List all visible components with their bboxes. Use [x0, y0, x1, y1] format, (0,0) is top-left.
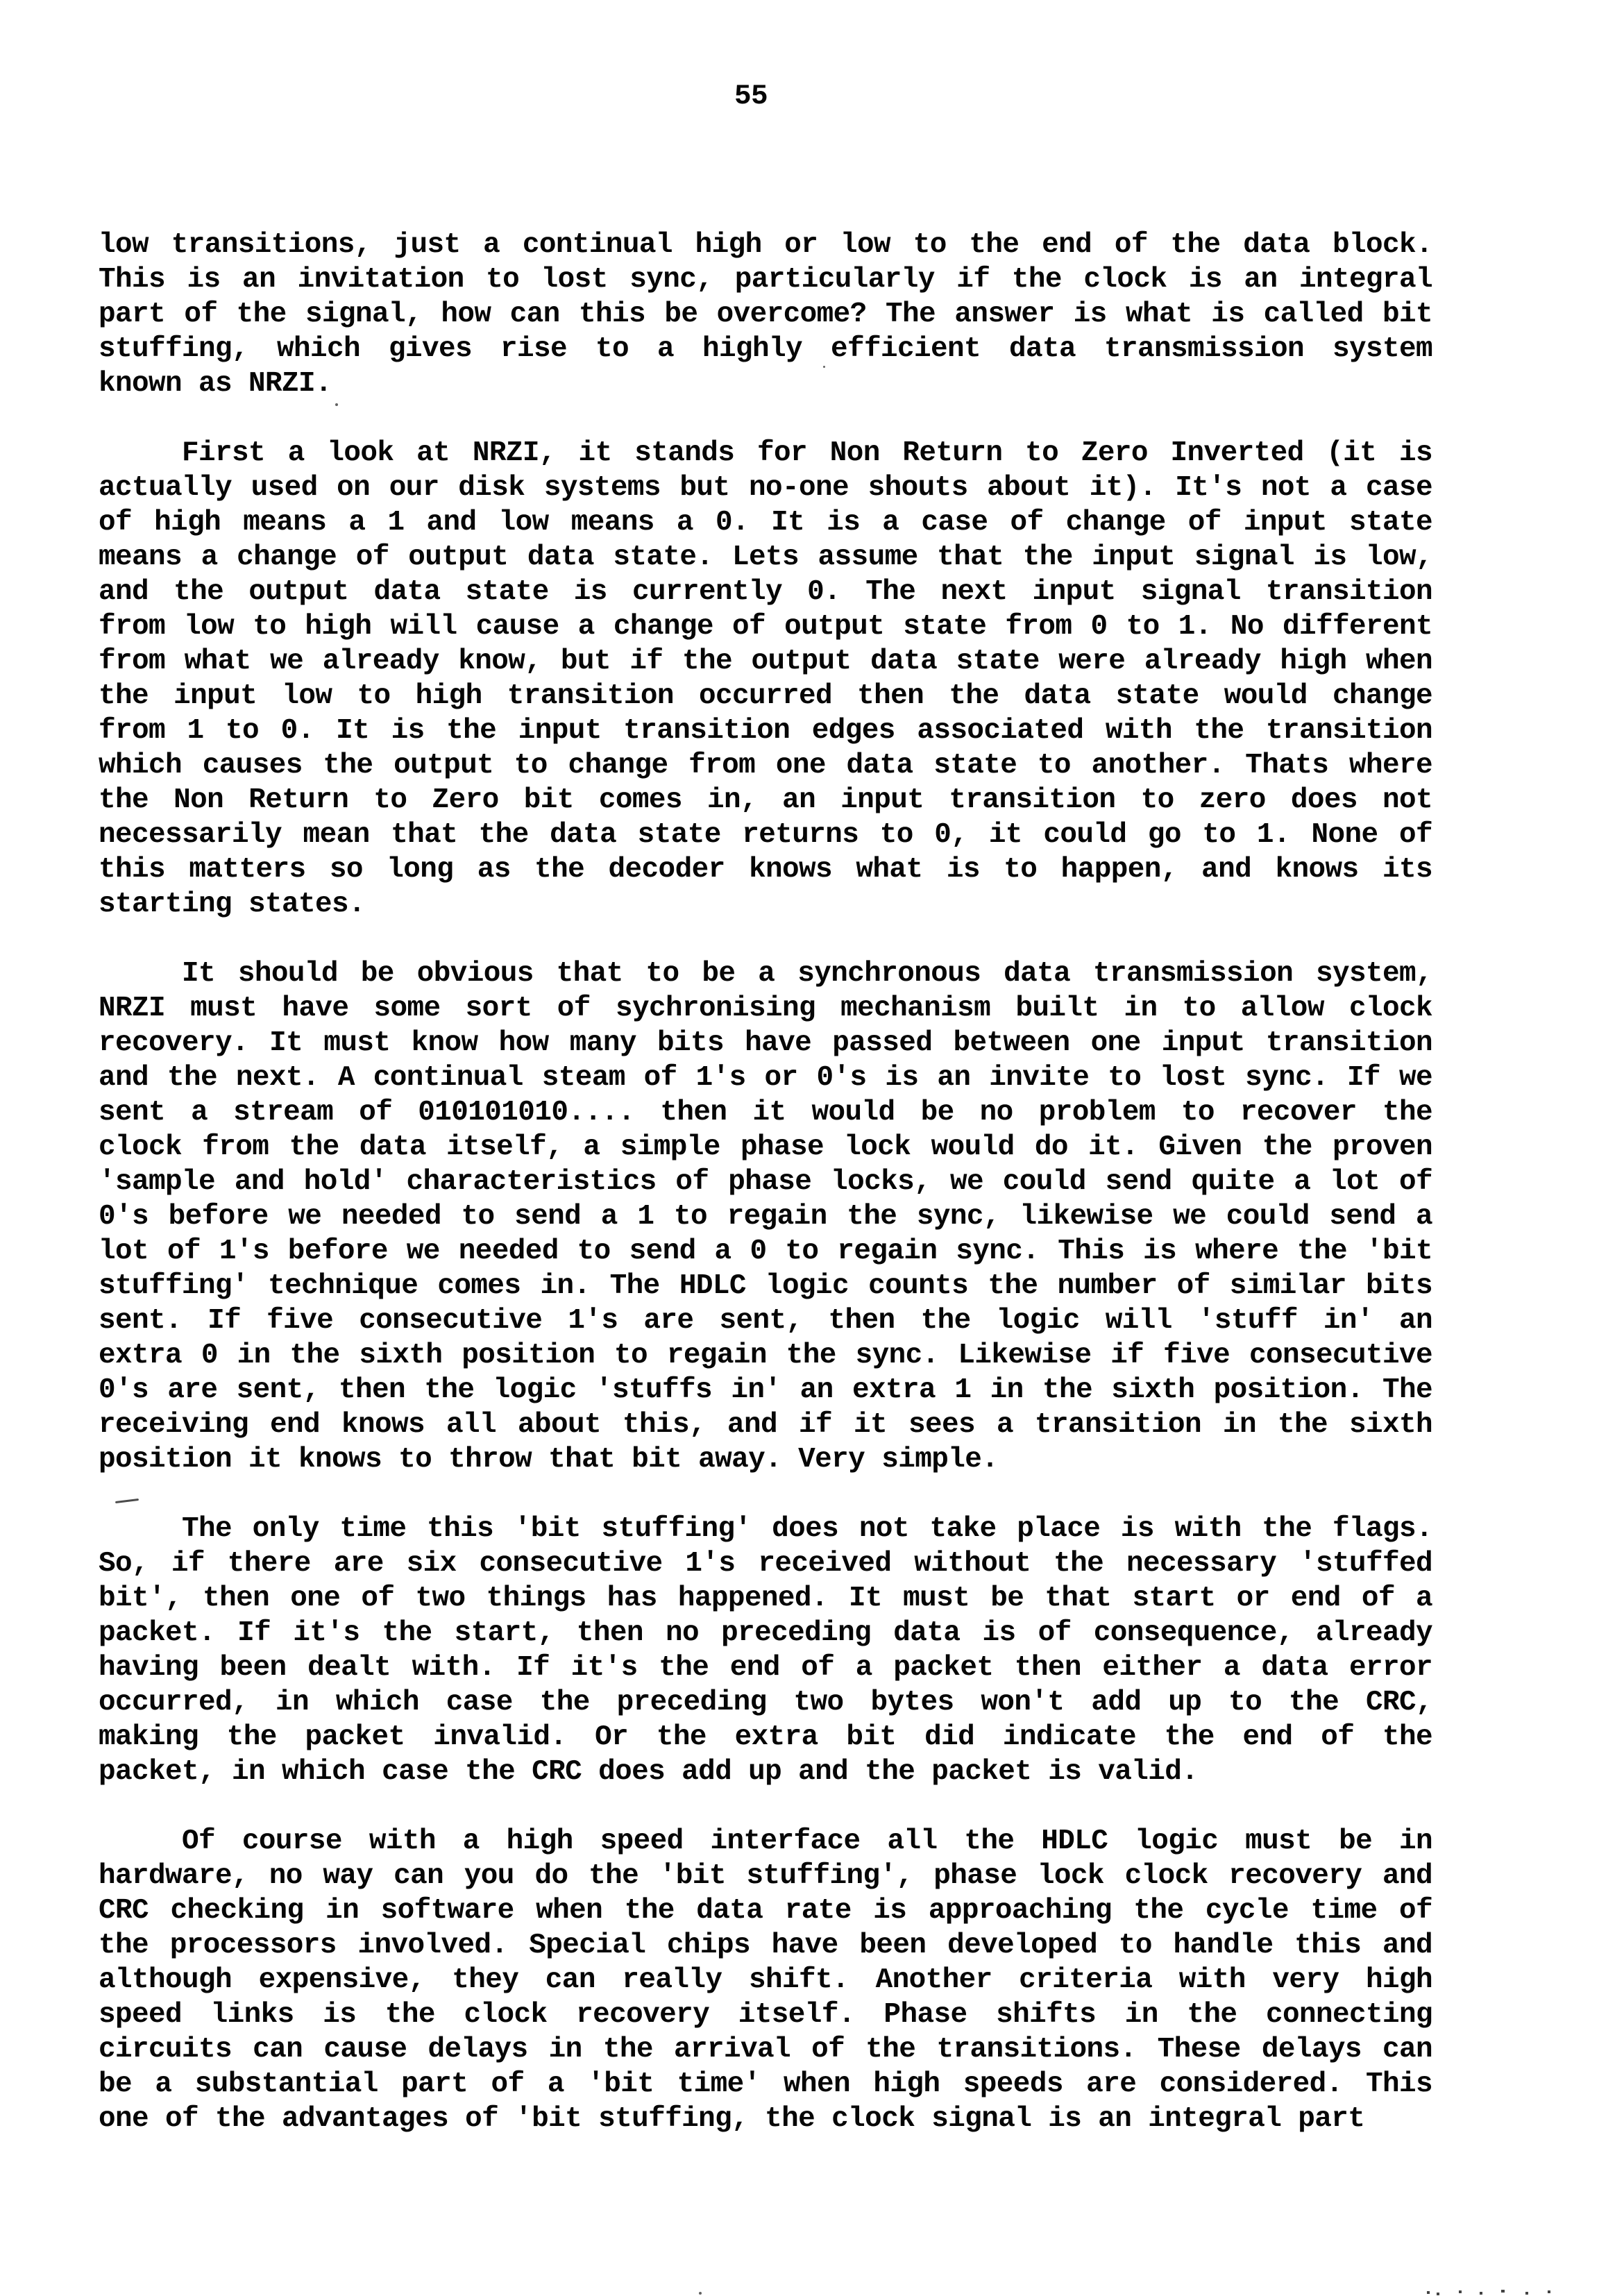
document-body: low transitions, just a continual high o… [99, 228, 1432, 2136]
text-line: and the output data state is currently 0… [99, 575, 1432, 609]
document-page: 55 low transitions, just a continual hig… [0, 0, 1624, 2296]
text-line: making the packet invalid. Or the extra … [99, 1720, 1432, 1755]
text-line: necessarily mean that the data state ret… [99, 818, 1432, 852]
paragraph: It should be obvious that to be a synchr… [99, 956, 1432, 1477]
text-line: The only time this 'bit stuffing' does n… [99, 1512, 1432, 1546]
text-line: one of the advantages of 'bit stuffing, … [99, 2102, 1432, 2136]
paragraph: The only time this 'bit stuffing' does n… [99, 1512, 1432, 1789]
text-line: receiving end knows all about this, and … [99, 1408, 1432, 1442]
text-line: CRC checking in software when the data r… [99, 1893, 1432, 1928]
paragraph: Of course with a high speed interface al… [99, 1824, 1432, 2136]
text-line: having been dealt with. If it's the end … [99, 1651, 1432, 1685]
text-line: clock from the data itself, a simple pha… [99, 1130, 1432, 1165]
text-line: means a change of output data state. Let… [99, 540, 1432, 575]
scan-artifact-speck [699, 2292, 702, 2295]
text-line: NRZI must have some sort of sychronising… [99, 991, 1432, 1026]
text-line: sent. If five consecutive 1's are sent, … [99, 1303, 1432, 1338]
text-line: extra 0 in the sixth position to regain … [99, 1338, 1432, 1373]
text-line: packet. If it's the start, then no prece… [99, 1616, 1432, 1651]
text-line: of high means a 1 and low means a 0. It … [99, 505, 1432, 540]
text-line: low transitions, just a continual high o… [99, 228, 1432, 262]
text-line: This is an invitation to lost sync, part… [99, 262, 1432, 297]
text-line: recovery. It must know how many bits hav… [99, 1026, 1432, 1061]
text-line: It should be obvious that to be a synchr… [99, 956, 1432, 991]
text-line: be a substantial part of a 'bit time' wh… [99, 2067, 1432, 2102]
text-line: sent a stream of 010101010.... then it w… [99, 1095, 1432, 1130]
text-line: 'sample and hold' characteristics of pha… [99, 1165, 1432, 1199]
paragraph: low transitions, just a continual high o… [99, 228, 1432, 401]
text-line: the Non Return to Zero bit comes in, an … [99, 783, 1432, 818]
text-line: hardware, no way can you do the 'bit stu… [99, 1859, 1432, 1893]
text-line: from low to high will cause a change of … [99, 609, 1432, 644]
text-line: from what we already know, but if the ou… [99, 644, 1432, 679]
text-line: 0's before we needed to send a 1 to rega… [99, 1199, 1432, 1234]
text-line: the processors involved. Special chips h… [99, 1928, 1432, 1963]
text-line: stuffing, which gives rise to a highly e… [99, 332, 1432, 366]
text-line: although expensive, they can really shif… [99, 1963, 1432, 1998]
text-line: from 1 to 0. It is the input transition … [99, 714, 1432, 748]
text-line: part of the signal, how can this be over… [99, 297, 1432, 332]
text-line: bit', then one of two things has happene… [99, 1581, 1432, 1616]
page-number: 55 [734, 79, 768, 114]
text-line: known as NRZI. [99, 366, 1432, 401]
text-line: starting states. [99, 887, 1432, 922]
text-line: actually used on our disk systems but no… [99, 471, 1432, 505]
text-line: lot of 1's before we needed to send a 0 … [99, 1234, 1432, 1269]
text-line: packet, in which case the CRC does add u… [99, 1755, 1432, 1789]
text-line: occurred, in which case the preceding tw… [99, 1685, 1432, 1720]
text-line: So, if there are six consecutive 1's rec… [99, 1546, 1432, 1581]
text-line: speed links is the clock recovery itself… [99, 1998, 1432, 2032]
text-line: position it knows to throw that bit away… [99, 1442, 1432, 1477]
text-line: and the next. A continual steam of 1's o… [99, 1061, 1432, 1095]
text-line: which causes the output to change from o… [99, 748, 1432, 783]
paragraph: First a look at NRZI, it stands for Non … [99, 436, 1432, 922]
text-line: First a look at NRZI, it stands for Non … [99, 436, 1432, 471]
scan-artifact-speck [335, 403, 338, 406]
scan-artifact-speck [823, 366, 825, 368]
text-line: the input low to high transition occurre… [99, 679, 1432, 714]
text-line: 0's are sent, then the logic 'stuffs in'… [99, 1373, 1432, 1408]
text-line: circuits can cause delays in the arrival… [99, 2032, 1432, 2067]
text-line: Of course with a high speed interface al… [99, 1824, 1432, 1859]
text-line: stuffing' technique comes in. The HDLC l… [99, 1269, 1432, 1303]
text-line: this matters so long as the decoder know… [99, 852, 1432, 887]
